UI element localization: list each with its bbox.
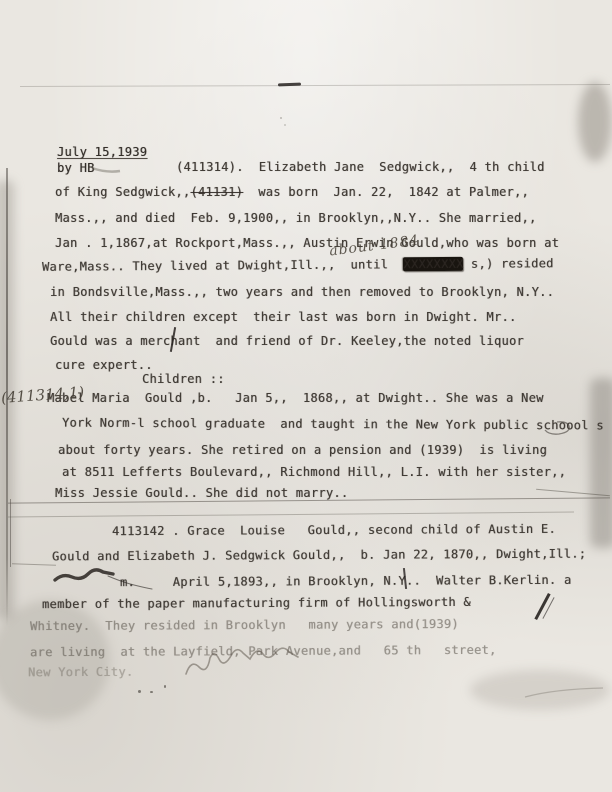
typed-line-12: Children :: <box>142 373 225 386</box>
smudge-right-band <box>590 378 612 548</box>
typed-text: Ware,Mass.. They lived at Dwight,Ill.,, … <box>42 257 403 274</box>
pasted-slip-left-edge <box>10 499 11 567</box>
typed-line-8: in Bondsville,Mass.,, two years and then… <box>50 286 554 299</box>
typed-text: (411314). Elizabeth Jane Sedgwick,, 4 th… <box>176 160 545 174</box>
typed-text: in Bondsville,Mass.,, two years and then… <box>50 285 554 299</box>
smudge-bottom-right <box>470 670 610 710</box>
ink-speck <box>150 691 153 693</box>
typed-line-5: Mass.,, and died Feb. 9,1900,, in Brookl… <box>55 212 537 225</box>
ink-redaction: XXXXXXXX <box>403 257 463 271</box>
typed-text: member of the paper manufacturing firm o… <box>42 595 471 611</box>
typed-text: 4113142 . Grace Louise Gould,, second ch… <box>112 522 556 538</box>
typed-text: All their children except their last was… <box>50 310 517 324</box>
byline-smudge <box>92 168 120 172</box>
typed-text: Whitney. They resided in Brooklyn many y… <box>30 617 459 633</box>
pasted-slip-second-edge <box>8 512 574 518</box>
typed-line-9: All their children except their last was… <box>50 311 517 324</box>
typed-text: Miss Jessie Gould.. She did not marry.. <box>55 486 348 500</box>
typed-line-19: Gould and Elizabeth J. Sedgwick Gould,, … <box>52 548 586 564</box>
typed-line-24: New York City. <box>28 666 133 680</box>
typed-text: July 15,1939 <box>57 145 147 159</box>
typed-text: about forty years. She retired on a pens… <box>58 443 547 457</box>
typed-text: New York City. <box>28 665 133 680</box>
typed-text: Children :: <box>142 372 225 386</box>
typed-text: Mass.,, and died Feb. 9,1900,, in Brookl… <box>55 211 537 225</box>
typed-line-14: York Norm-l school graduate and taught i… <box>62 417 604 433</box>
typed-line-3: (411314). Elizabeth Jane Sedgwick,, 4 th… <box>176 161 545 174</box>
typed-line-11: cure expert.. <box>55 359 153 372</box>
smudge-top-right <box>578 82 612 162</box>
typed-line-18: 4113142 . Grace Louise Gould,, second ch… <box>112 523 556 538</box>
ink-speck <box>280 117 282 119</box>
typed-line-22: Whitney. They resided in Brooklyn many y… <box>30 618 459 633</box>
scanned-document-page: July 15,1939by HB(411314). Elizabeth Jan… <box>0 0 612 792</box>
typed-text: Gould was a merchant and friend of Dr. K… <box>50 334 524 348</box>
typed-line-17: Miss Jessie Gould.. She did not marry.. <box>55 487 348 500</box>
typed-text: s,) resided <box>463 256 553 271</box>
typed-line-2: by HB <box>57 162 95 175</box>
typed-line-6: Jan . 1,1867,at Rockport,Mass.,, Austin … <box>55 237 559 250</box>
typed-text: of King Sedgwick,, <box>55 185 190 199</box>
typed-text: Jan . 1,1867,at Rockport,Mass.,, Austin … <box>55 236 559 250</box>
typed-line-13: Mabel Maria Gould ,b. Jan 5,, 1868,, at … <box>47 392 544 405</box>
typed-text: at 8511 Lefferts Boulevard,, Richmond Hi… <box>62 465 566 479</box>
typed-line-23: are living at the Layfield, Park Avenue,… <box>30 644 497 659</box>
typed-text: was born Jan. 22, 1842 at Palmer,, <box>243 185 529 199</box>
typed-text: cure expert.. <box>55 358 153 372</box>
typed-line-20: m. April 5,1893,, in Brooklyn, N.Y.. Wal… <box>120 574 572 589</box>
typed-text: York Norm-l school graduate and taught i… <box>62 416 604 433</box>
typed-text: m. April 5,1893,, in Brooklyn, N.Y.. Wal… <box>120 573 572 589</box>
typed-line-4: of King Sedgwick,,(41131) was born Jan. … <box>55 186 529 199</box>
crossout-before-m <box>55 570 113 580</box>
typed-line-21: member of the paper manufacturing firm o… <box>42 596 471 611</box>
typed-line-7: Ware,Mass.. They lived at Dwight,Ill.,, … <box>42 257 554 274</box>
typed-text: Mabel Maria Gould ,b. Jan 5,, 1868,, at … <box>47 391 544 405</box>
typed-text: Gould and Elizabeth J. Sedgwick Gould,, … <box>52 547 586 564</box>
typed-line-10: Gould was a merchant and friend of Dr. K… <box>50 335 524 348</box>
typed-line-1: July 15,1939 <box>57 146 147 159</box>
pasted-slip-corner <box>12 563 56 566</box>
fold-line-top <box>20 84 610 87</box>
ink-speck <box>138 690 141 693</box>
typed-text: are living at the Layfield, Park Avenue,… <box>30 643 497 659</box>
ink-speck <box>164 685 166 688</box>
typed-line-16: at 8511 Lefferts Boulevard,, Richmond Hi… <box>62 466 566 479</box>
typed-text: by HB <box>57 161 95 175</box>
typed-line-15: about forty years. She retired on a pens… <box>58 444 547 457</box>
ink-speck <box>284 124 286 126</box>
typed-text: (41131) <box>190 185 243 199</box>
